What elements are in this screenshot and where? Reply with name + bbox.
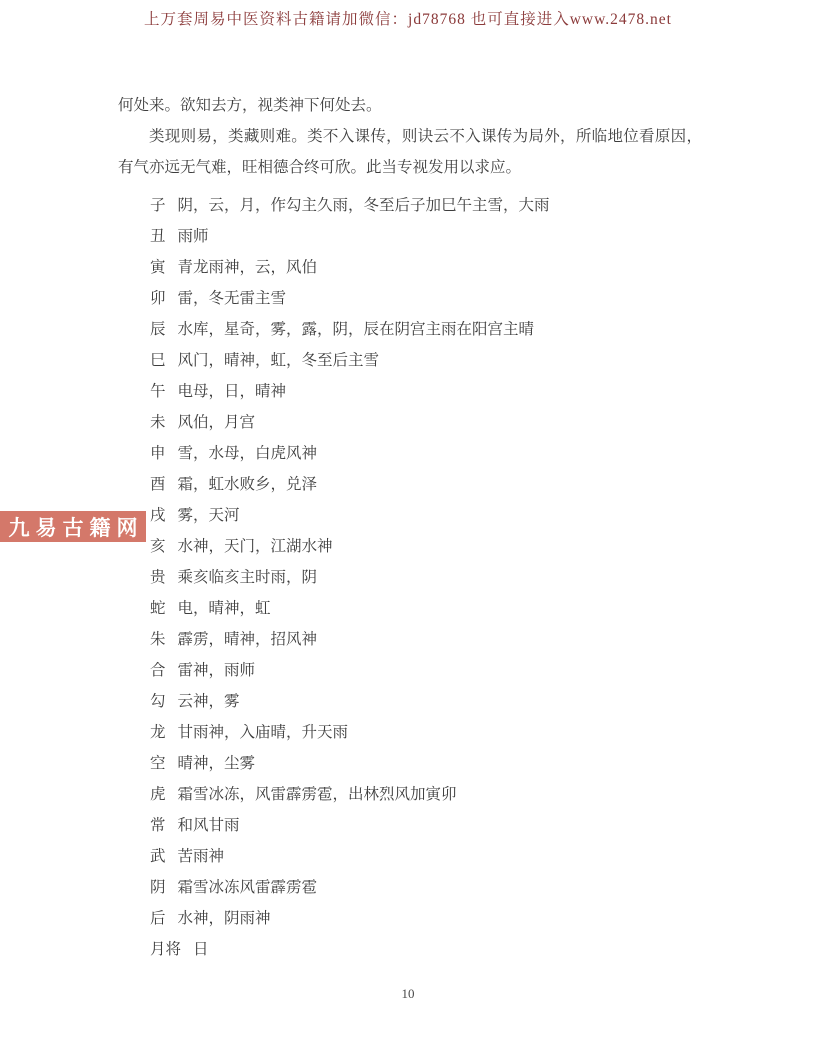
document-page: 上万套周易中医资料古籍请加微信：jd78768 也可直接进入www.2478.n… bbox=[0, 0, 816, 1056]
list-item: 贵乘亥临亥主时雨，阴 bbox=[150, 562, 702, 593]
entry-value: 苦雨神 bbox=[178, 848, 225, 865]
entry-value: 水库，星奇，雾，露，阴，辰在阴宫主雨在阳宫主晴 bbox=[178, 321, 535, 338]
list-item: 巳风门，晴神，虹，冬至后主雪 bbox=[150, 345, 702, 376]
entry-key: 后 bbox=[150, 903, 166, 934]
entry-key: 虎 bbox=[150, 779, 166, 810]
entry-value: 雷神，雨师 bbox=[178, 662, 256, 679]
entry-key: 蛇 bbox=[150, 593, 166, 624]
paragraph-main: 类现则易，类藏则难。类不入课传，则诀云不入课传为局外，所临地位看原因，有气亦远无… bbox=[118, 121, 702, 183]
list-item: 酉霜，虹水败乡，兑泽 bbox=[150, 469, 702, 500]
list-item: 亥水神，天门，江湖水神 bbox=[150, 531, 702, 562]
entry-key: 寅 bbox=[150, 252, 166, 283]
entry-value: 水神，阴雨神 bbox=[178, 910, 271, 927]
entry-value: 雷，冬无雷主雪 bbox=[178, 290, 287, 307]
entry-value: 青龙雨神，云，风伯 bbox=[178, 259, 318, 276]
list-item: 戌雾，天河 bbox=[150, 500, 702, 531]
list-item: 午电母，日，晴神 bbox=[150, 376, 702, 407]
watermark-badge: 九易古籍网 bbox=[0, 511, 146, 542]
entry-key: 戌 bbox=[150, 500, 166, 531]
list-item: 丑雨师 bbox=[150, 221, 702, 252]
header-banner: 上万套周易中医资料古籍请加微信：jd78768 也可直接进入www.2478.n… bbox=[0, 7, 816, 29]
entry-key: 常 bbox=[150, 810, 166, 841]
entry-value: 雪，水母，白虎风神 bbox=[178, 445, 318, 462]
list-item: 朱霹雳，晴神，招风神 bbox=[150, 624, 702, 655]
entry-key: 子 bbox=[150, 190, 166, 221]
entry-key: 勾 bbox=[150, 686, 166, 717]
entry-value: 风门，晴神，虹，冬至后主雪 bbox=[178, 352, 380, 369]
entry-value: 乘亥临亥主时雨，阴 bbox=[178, 569, 318, 586]
list-item: 勾云神，雾 bbox=[150, 686, 702, 717]
entry-value: 霜雪冰冻风雷霹雳雹 bbox=[178, 879, 318, 896]
list-item: 月将日 bbox=[150, 934, 702, 965]
entry-value: 电母，日，晴神 bbox=[178, 383, 287, 400]
list-item: 寅青龙雨神，云，风伯 bbox=[150, 252, 702, 283]
list-item: 空晴神，尘雾 bbox=[150, 748, 702, 779]
entry-key: 酉 bbox=[150, 469, 166, 500]
entry-key: 阴 bbox=[150, 872, 166, 903]
entry-value: 水神，天门，江湖水神 bbox=[178, 538, 333, 555]
entry-value: 霜雪冰冻，风雷霹雳雹，出林烈风加寅卯 bbox=[178, 786, 457, 803]
list-item: 龙甘雨神，入庙晴，升天雨 bbox=[150, 717, 702, 748]
list-item: 辰水库，星奇，雾，露，阴，辰在阴宫主雨在阳宫主晴 bbox=[150, 314, 702, 345]
entry-value: 晴神，尘雾 bbox=[178, 755, 256, 772]
entry-value: 霜，虹水败乡，兑泽 bbox=[178, 476, 318, 493]
entry-value: 云神，雾 bbox=[178, 693, 240, 710]
list-item: 后水神，阴雨神 bbox=[150, 903, 702, 934]
entry-key: 月将 bbox=[150, 934, 181, 965]
entry-key: 未 bbox=[150, 407, 166, 438]
entry-value: 霹雳，晴神，招风神 bbox=[178, 631, 318, 648]
list-item: 卯雷，冬无雷主雪 bbox=[150, 283, 702, 314]
list-item: 未风伯，月宫 bbox=[150, 407, 702, 438]
paragraph-intro: 何处来。欲知去方，视类神下何处去。 bbox=[118, 90, 702, 121]
list-item: 蛇电，晴神，虹 bbox=[150, 593, 702, 624]
entry-key: 朱 bbox=[150, 624, 166, 655]
entry-key: 亥 bbox=[150, 531, 166, 562]
entry-value: 甘雨神，入庙晴，升天雨 bbox=[178, 724, 349, 741]
document-body: 何处来。欲知去方，视类神下何处去。 类现则易，类藏则难。类不入课传，则诀云不入课… bbox=[118, 90, 702, 965]
list-item: 合雷神，雨师 bbox=[150, 655, 702, 686]
entry-key: 午 bbox=[150, 376, 166, 407]
list-item: 阴霜雪冰冻风雷霹雳雹 bbox=[150, 872, 702, 903]
entry-key: 武 bbox=[150, 841, 166, 872]
entry-value: 电，晴神，虹 bbox=[178, 600, 271, 617]
entry-key: 丑 bbox=[150, 221, 166, 252]
entry-value: 风伯，月宫 bbox=[178, 414, 256, 431]
list-item: 子阴，云，月，作勾主久雨，冬至后子加巳午主雪，大雨 bbox=[150, 190, 702, 221]
entry-key: 空 bbox=[150, 748, 166, 779]
list-item: 申雪，水母，白虎风神 bbox=[150, 438, 702, 469]
entry-key: 申 bbox=[150, 438, 166, 469]
page-number: 10 bbox=[0, 986, 816, 1002]
entry-list: 子阴，云，月，作勾主久雨，冬至后子加巳午主雪，大雨丑雨师寅青龙雨神，云，风伯卯雷… bbox=[118, 190, 702, 965]
list-item: 虎霜雪冰冻，风雷霹雳雹，出林烈风加寅卯 bbox=[150, 779, 702, 810]
entry-value: 和风甘雨 bbox=[178, 817, 240, 834]
entry-key: 辰 bbox=[150, 314, 166, 345]
entry-key: 卯 bbox=[150, 283, 166, 314]
entry-key: 巳 bbox=[150, 345, 166, 376]
list-item: 常和风甘雨 bbox=[150, 810, 702, 841]
entry-key: 合 bbox=[150, 655, 166, 686]
entry-value: 阴，云，月，作勾主久雨，冬至后子加巳午主雪，大雨 bbox=[178, 197, 550, 214]
entry-value: 雾，天河 bbox=[178, 507, 240, 524]
list-item: 武苦雨神 bbox=[150, 841, 702, 872]
entry-key: 龙 bbox=[150, 717, 166, 748]
entry-value: 日 bbox=[193, 941, 209, 958]
entry-key: 贵 bbox=[150, 562, 166, 593]
entry-value: 雨师 bbox=[178, 228, 209, 245]
